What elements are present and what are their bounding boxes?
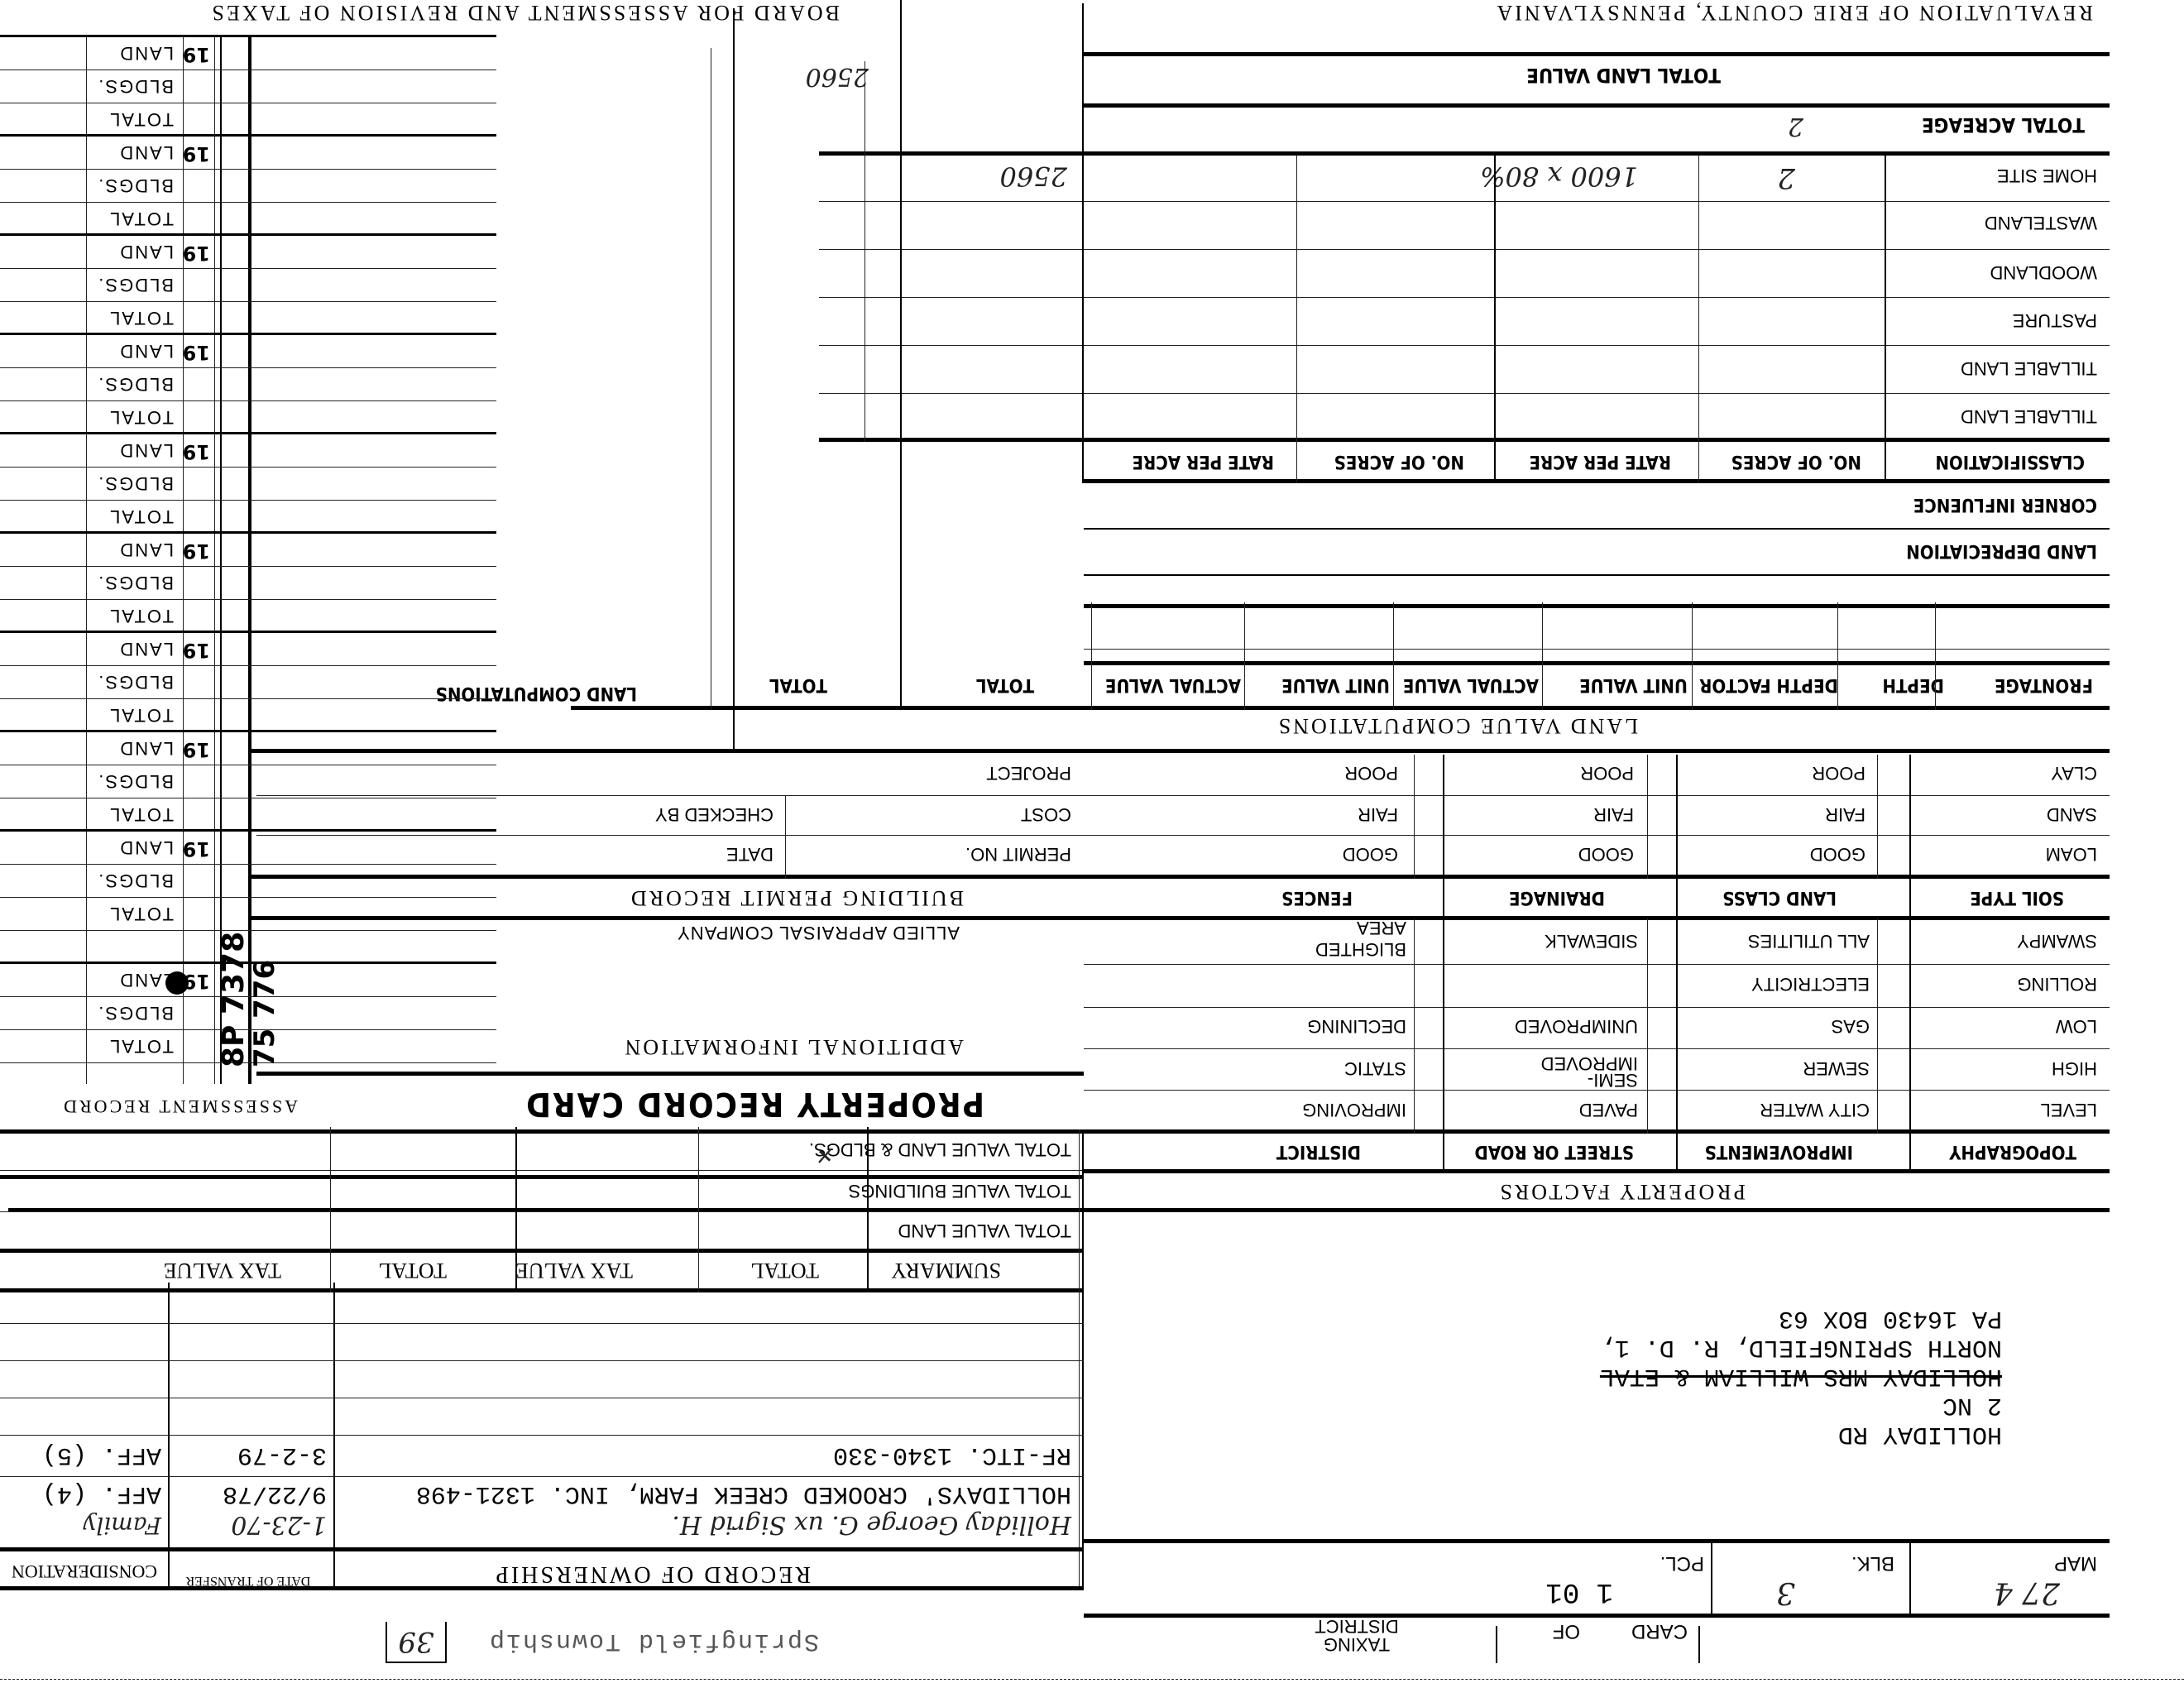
ownership-entry-name: HOLLIDAYS' CROOKED CREEK FARM, INC. 1321… (416, 1479, 1071, 1508)
assessment-row-line (0, 798, 496, 798)
assessment-row-label: TOTAL (108, 208, 174, 229)
header-board-title: BOARD FOR ASSESSMENT AND REVISION OF TAX… (209, 0, 840, 25)
assessment-value-field[interactable] (0, 635, 83, 664)
card-label: CARD (1631, 1619, 1688, 1642)
map-value: 27 4 (1994, 1575, 2060, 1609)
assessment-row-label: BLDGS. (97, 770, 174, 792)
land-row-label: WASTELAND (1985, 212, 2097, 233)
assessment-value-field[interactable] (0, 602, 83, 631)
assessment-row-line (0, 500, 496, 501)
col-line (1244, 602, 1245, 710)
ownership-col-date: DATE OF TRANSFER (178, 1574, 318, 1587)
row-line (1084, 1090, 2110, 1091)
ownership-entry-consideration: AFF. (4) (42, 1479, 161, 1508)
assessment-value-field[interactable] (0, 171, 83, 201)
district-item: BLIGHTED AREA (1274, 917, 1406, 960)
pcl-label: PCL. (1660, 1551, 1704, 1575)
blk-label: BLK. (1851, 1551, 1894, 1575)
assessment-row-line (0, 765, 496, 765)
street-item: SIDEWALK (1545, 930, 1638, 952)
assessment-year-prefix: 19 (183, 341, 210, 364)
assessment-row-label: TOTAL (108, 1035, 174, 1057)
building-permit-title: BUILDING PERMIT RECORD (629, 885, 964, 910)
district-number: 39 (387, 1622, 445, 1662)
divider (248, 916, 2110, 920)
soil-type: SAND (2047, 803, 2097, 825)
header-revaluation-title: REVALUATION OF ERIE COUNTY, PENNSYLVANIA (1494, 0, 2093, 25)
assessment-row-line (0, 665, 496, 666)
street-or-road-header: STREET OR ROAD (1474, 1141, 1634, 1162)
assessment-group-divider (0, 333, 496, 335)
lvc-col: TOTAL (769, 674, 827, 695)
assessment-value-field[interactable] (0, 701, 83, 731)
assessment-row-label: LAND (118, 638, 174, 659)
assessment-value-field[interactable] (0, 403, 83, 433)
assessment-year-prefix: 19 (183, 539, 210, 563)
assessment-value-field[interactable] (0, 304, 83, 333)
assessment-row-label: BLDGS. (97, 472, 174, 494)
col-line (1082, 3, 1084, 483)
col-line (1414, 918, 1415, 1134)
assessment-row-label: TOTAL (108, 903, 174, 924)
topography-item: ROLLING (2017, 973, 2097, 995)
col-line (1296, 156, 1297, 483)
divider (0, 1129, 1084, 1134)
rating: FAIR (1593, 803, 1634, 825)
row-line (0, 1476, 1084, 1477)
col-line (1711, 1543, 1712, 1618)
owner-address-line1: HOLLIDAY RD (1838, 1420, 2002, 1448)
lvc-col: ACTUAL VALUE (1105, 674, 1241, 695)
assessment-row-label: TOTAL (108, 605, 174, 626)
assessment-group-divider (0, 631, 496, 633)
col-line (1885, 156, 1886, 483)
row-line (256, 835, 1084, 836)
assessment-year-prefix: 19 (183, 639, 210, 662)
divider (1084, 604, 2110, 608)
lvc-col: UNIT VALUE (1281, 674, 1390, 695)
card-of-label: OF (1553, 1619, 1580, 1642)
assessment-value-field[interactable] (0, 105, 83, 135)
divider (1084, 574, 2110, 576)
col-line (1443, 917, 1444, 1173)
assessment-row-label: TOTAL (108, 108, 174, 130)
row-line (1084, 649, 2110, 650)
lvc-col: UNIT VALUE (1579, 674, 1688, 695)
assessment-group-divider (0, 432, 496, 434)
divider (248, 875, 2110, 879)
land-row-label: HOME SITE (1997, 165, 2097, 186)
col-line (1877, 755, 1878, 879)
assessment-year-prefix: 19 (183, 43, 210, 66)
col-line (214, 37, 215, 1084)
divider (1084, 1614, 2110, 1618)
permit-date-label: DATE (726, 843, 773, 865)
col-line (1676, 917, 1678, 1173)
col-line (1837, 602, 1838, 710)
assessment-value-field[interactable] (0, 370, 83, 400)
lvc-col: FRONTAGE (1995, 674, 2093, 695)
assessment-year-prefix: 19 (183, 738, 210, 761)
row-line (1084, 835, 2110, 836)
assessment-value-field[interactable] (0, 204, 83, 234)
improvements-header: IMPROVEMENTS (1705, 1141, 1853, 1162)
rating: GOOD (1343, 843, 1398, 865)
assessment-row-label: BLDGS. (97, 572, 174, 593)
pcl-value: 1 01 (1545, 1575, 1613, 1607)
district-item: STATIC (1344, 1057, 1406, 1079)
land-class-header: LAND CLASS (1722, 887, 1837, 908)
col-line (86, 37, 87, 1084)
rating: FAIR (1825, 803, 1865, 825)
assessment-value-field[interactable] (0, 469, 83, 499)
lvc-col: TOTAL (976, 674, 1034, 695)
assessment-year-prefix: 19 (183, 142, 210, 165)
assessment-group-divider (0, 233, 496, 236)
fences-header: FENCES (1281, 887, 1353, 908)
soil-type-header: SOIL TYPE (1970, 887, 2064, 908)
assessment-row-label: BLDGS. (97, 870, 174, 891)
col-line (333, 1283, 335, 1589)
col-line (711, 48, 711, 710)
ownership-entry-consideration: AFF. (5) (42, 1441, 161, 1469)
assessment-value-field[interactable] (0, 568, 83, 598)
row-line (819, 249, 2110, 250)
assessment-row-label: TOTAL (108, 803, 174, 825)
rating: POOR (1812, 762, 1865, 784)
allied-appraisal-label: ALLIED APPRAISAL COMPANY (677, 922, 960, 943)
assessment-row-line (0, 599, 496, 600)
col-line (1909, 1543, 1911, 1618)
land-row-acres: 2 (1777, 161, 1795, 194)
property-record-card: REVALUATION OF ERIE COUNTY, PENNSYLVANIA… (0, 0, 2184, 1688)
assessment-row-label: BLDGS. (97, 75, 174, 97)
assessment-value-field[interactable] (0, 966, 83, 995)
ownership-entry-date: 1-23-70 (231, 1510, 327, 1539)
col-line (515, 1127, 517, 1292)
assessment-year-prefix: 19 (183, 242, 210, 265)
col-line (1698, 1626, 1700, 1663)
row-line (1084, 1048, 2110, 1049)
ownership-col-consideration: CONSIDERATION (12, 1561, 157, 1582)
topography-item: LEVEL (2041, 1099, 2098, 1120)
rating: POOR (1580, 762, 1634, 784)
assessment-group-divider (0, 35, 496, 37)
assessment-row-line (0, 367, 496, 368)
taxing-district-value: Springfield Township (488, 1627, 819, 1655)
col-line (248, 37, 251, 1084)
assessment-row-label: LAND (118, 439, 174, 461)
permit-checked-by-label: CHECKED BY (655, 803, 773, 825)
street-item: SEMI-IMPROVED (1522, 1055, 1638, 1088)
col-line (1542, 602, 1543, 710)
topography-item: SWAMPY (2017, 930, 2097, 952)
blk-value: 3 (1776, 1575, 1795, 1609)
assessment-record-title: ASSESSMENT RECORD (61, 1096, 298, 1117)
district-number-box: 39 (386, 1622, 447, 1663)
street-item: PAVED (1579, 1099, 1638, 1120)
row-line (256, 795, 1084, 796)
row-line (0, 1323, 1084, 1324)
col-line (1877, 918, 1878, 1134)
assessment-value-field[interactable] (0, 237, 83, 267)
stamp-number-1: 75 776 (248, 960, 281, 1067)
rating: FAIR (1358, 803, 1398, 825)
row-line (819, 393, 2110, 394)
divider (248, 749, 2110, 753)
permit-cost-label: COST (1021, 803, 1071, 825)
divider (0, 1586, 1084, 1590)
assessment-row-line (0, 897, 496, 898)
col-line (1909, 755, 1911, 920)
assessment-value-field[interactable] (0, 767, 83, 797)
district-item: DECLINING (1307, 1015, 1406, 1037)
col-line (1909, 917, 1911, 1173)
stamp-number-2: 8P 7378 (217, 932, 251, 1067)
assessment-row-label: BLDGS. (97, 175, 174, 196)
col-line (1698, 156, 1699, 483)
col-no-of-acres-2: NO. OF ACRES (1334, 451, 1464, 472)
assessment-row-label: LAND (118, 837, 174, 858)
assessment-row-line (0, 400, 496, 401)
divider (256, 1072, 1084, 1076)
assessment-value-field[interactable] (0, 72, 83, 102)
col-line (733, 8, 735, 753)
owner-address-line2: 2 NC (1942, 1391, 2002, 1419)
property-factors-title: PROPERTY FACTORS (1497, 1179, 1746, 1204)
divider (819, 151, 2110, 156)
assessment-value-field[interactable] (0, 668, 83, 698)
assessment-value-field[interactable] (0, 1032, 83, 1062)
divider (0, 1175, 1084, 1179)
assessment-group-divider (0, 730, 496, 732)
rating: POOR (1344, 762, 1398, 784)
divider (0, 1249, 1084, 1253)
divider (0, 1288, 1084, 1292)
ownership-entry-name: RF-ITC. 1340-330 (833, 1441, 1071, 1469)
summary-row-label: TOTAL VALUE LAND & BLDGS. (809, 1139, 1071, 1160)
col-line (1414, 755, 1415, 879)
col-line (1692, 602, 1693, 710)
ownership-entry-date: 9/22/78 (223, 1479, 327, 1508)
assessment-row-label: LAND (118, 141, 174, 163)
total-acreage-label: TOTAL ACREAGE (1922, 113, 2085, 137)
row-line (0, 1170, 1084, 1171)
summary-col-total: TOTAL (750, 1258, 819, 1283)
assessment-row-label: BLDGS. (97, 1002, 174, 1024)
improvement-item: CITY WATER (1760, 1099, 1870, 1120)
row-line (819, 345, 2110, 346)
total-land-value-label: TOTAL LAND VALUE (1526, 64, 1721, 87)
rating: GOOD (1578, 843, 1634, 865)
row-line (1084, 964, 2110, 965)
land-row-label: TILLABLE LAND (1961, 405, 2097, 427)
assessment-row-line (0, 467, 496, 468)
col-line (900, 0, 902, 710)
topography-item: LOW (2056, 1015, 2097, 1037)
assessment-row-line (0, 301, 496, 302)
assessment-value-field[interactable] (0, 800, 83, 830)
permit-no-label: PERMIT NO. (965, 843, 1071, 865)
col-line (1647, 755, 1648, 879)
col-line (1443, 755, 1444, 920)
assessment-value-field[interactable] (0, 866, 83, 896)
assessment-value-field[interactable] (0, 734, 83, 764)
land-row-label: WOODLAND (1990, 261, 2097, 283)
owner-address-line4: NORTH SPRINGFIELD, R. D. 1, (1600, 1333, 2002, 1361)
divider (571, 706, 2110, 710)
topography-header: TOPOGRAPHY (1949, 1141, 2076, 1162)
district-header: DISTRICT (1276, 1141, 1361, 1162)
divider (1084, 1169, 2110, 1173)
land-row-label: TILLABLE LAND (1961, 357, 2097, 379)
divider (1084, 1539, 2110, 1543)
assessment-value-field[interactable] (0, 999, 83, 1029)
improvement-item: SEWER (1803, 1057, 1870, 1079)
ownership-entry-date: 3-2-79 (237, 1441, 327, 1469)
rating: GOOD (1810, 843, 1865, 865)
assessment-value-field[interactable] (0, 535, 83, 565)
assessment-row-label: TOTAL (108, 406, 174, 428)
map-label: MAP (2054, 1551, 2097, 1575)
col-line (1494, 156, 1496, 483)
improvement-item: ALL UTILITIES (1748, 930, 1870, 952)
col-line (330, 1127, 331, 1292)
assessment-row-label: TOTAL (108, 704, 174, 726)
assessment-row-label: LAND (118, 42, 174, 64)
topography-item: HIGH (2052, 1057, 2097, 1079)
divider (1084, 528, 2110, 530)
total-land-value-figure: 2560 (806, 62, 869, 91)
assessment-group-divider (0, 134, 496, 137)
divider (0, 1547, 1084, 1551)
col-line (1082, 1129, 1084, 1589)
lvc-col: ACTUAL VALUE (1403, 674, 1539, 695)
assessment-row-label: LAND (118, 737, 174, 759)
assessment-value-field[interactable] (0, 138, 83, 168)
classification-header: CLASSIFICATION (1935, 451, 2085, 472)
lvc-col: DEPTH FACTOR (1699, 674, 1838, 695)
property-record-card-title: PROPERTY RECORD CARD (524, 1085, 984, 1123)
assessment-row-label: LAND (118, 539, 174, 560)
col-line (785, 796, 786, 879)
assessment-row-label: TOTAL (108, 307, 174, 328)
assessment-row-line (0, 698, 496, 699)
col-rate-per-acre-2: RATE PER ACRE (1132, 451, 1274, 472)
summary-col-tax-value: TAX VALUE (515, 1258, 633, 1283)
summary-col-tax-value-2: TAX VALUE (164, 1258, 281, 1283)
corner-influence-label: CORNER INFLUENCE (1913, 494, 2097, 515)
assessment-group-divider (0, 531, 496, 534)
divider (1084, 103, 2110, 108)
col-line (1079, 1129, 1080, 1589)
summary-row-label: TOTAL VALUE LAND (898, 1220, 1071, 1241)
col-rate-per-acre: RATE PER ACRE (1529, 451, 1671, 472)
col-line (220, 37, 222, 1084)
assessment-row-label: LAND (118, 241, 174, 262)
divider (1084, 1129, 2110, 1134)
col-line (1647, 918, 1648, 1134)
assessment-row-label: BLDGS. (97, 373, 174, 395)
assessment-row-line (0, 864, 496, 865)
land-depreciation-label: LAND DEPRECIATION (1906, 540, 2097, 561)
assessment-value-field[interactable] (0, 39, 83, 69)
assessment-value-field[interactable] (0, 436, 83, 466)
land-row-rate: 1600 x 80% (1480, 161, 1638, 192)
assessment-row-label: LAND (118, 340, 174, 362)
additional-information-label: ADDITIONAL INFORMATION (623, 1034, 964, 1059)
divider (1084, 52, 2110, 56)
col-line (1393, 602, 1394, 710)
land-computations-label: LAND COMPUTATIONS (436, 683, 637, 703)
assessment-row-label: BLDGS. (97, 671, 174, 693)
col-line (1676, 755, 1678, 920)
row-line (0, 1360, 1084, 1361)
summary-header: SUMMARY (891, 1258, 1001, 1283)
assessment-row-label: TOTAL (108, 506, 174, 527)
soil-type: LOAM (2046, 843, 2097, 865)
improvement-item: GAS (1832, 1015, 1870, 1037)
district-item: IMPROVING (1302, 1099, 1406, 1120)
assessment-value-field[interactable] (0, 502, 83, 532)
col-line (168, 1283, 170, 1589)
owner-address-line3-struck: HOLLIDAY MRS WILLIAM & ETAL (1600, 1362, 2002, 1390)
punch-hole (165, 971, 189, 995)
col-line (698, 1127, 699, 1292)
divider (1084, 661, 2110, 665)
taxing-district-label: TAXING DISTRICT (1307, 1617, 1406, 1653)
col-line (1091, 602, 1092, 710)
divider (1084, 479, 2110, 483)
improvement-item: ELECTRICITY (1751, 973, 1870, 995)
assessment-group-divider (0, 829, 496, 832)
assessment-row-line (0, 70, 496, 70)
permit-project-label: PROJECT (986, 762, 1071, 784)
soil-type: CLAY (2051, 762, 2097, 784)
assessment-row-line (0, 103, 496, 103)
assessment-value-field[interactable] (0, 833, 83, 863)
ownership-entry-name: Holliday George G. ux Sigrid H. (672, 1510, 1071, 1539)
row-line (0, 1435, 1084, 1436)
row-line (0, 1398, 1084, 1398)
drainage-header: DRAINAGE (1509, 887, 1605, 908)
assessment-value-field[interactable] (0, 337, 83, 367)
row-line (1084, 795, 2110, 796)
assessment-year-prefix: 19 (183, 837, 210, 861)
record-of-ownership-title: RECORD OF OWNERSHIP (493, 1561, 811, 1587)
row-line (819, 297, 2110, 298)
summary-row-label: TOTAL VALUE BUILDINGS (849, 1180, 1071, 1201)
assessment-row-label: BLDGS. (97, 274, 174, 295)
divider (819, 438, 2110, 442)
row-line (0, 1211, 1084, 1212)
assessment-year-prefix: 19 (183, 440, 210, 463)
assessment-row-line (0, 268, 496, 269)
land-row-label: PASTURE (2013, 309, 2097, 331)
land-row-total: 2560 (1000, 161, 1067, 192)
street-item: UNIMPROVED (1515, 1015, 1638, 1037)
col-no-of-acres: NO. OF ACRES (1731, 451, 1861, 472)
assessment-value-field[interactable] (0, 899, 83, 929)
owner-address-line5: PA 16430 BOX 63 (1779, 1304, 2002, 1332)
col-line (864, 61, 865, 442)
assessment-row-line (0, 202, 496, 203)
assessment-row-line (0, 566, 496, 567)
col-line (1935, 602, 1936, 710)
assessment-value-field[interactable] (0, 271, 83, 300)
row-line (819, 201, 2110, 202)
total-acreage-value: 2 (1788, 112, 1803, 141)
